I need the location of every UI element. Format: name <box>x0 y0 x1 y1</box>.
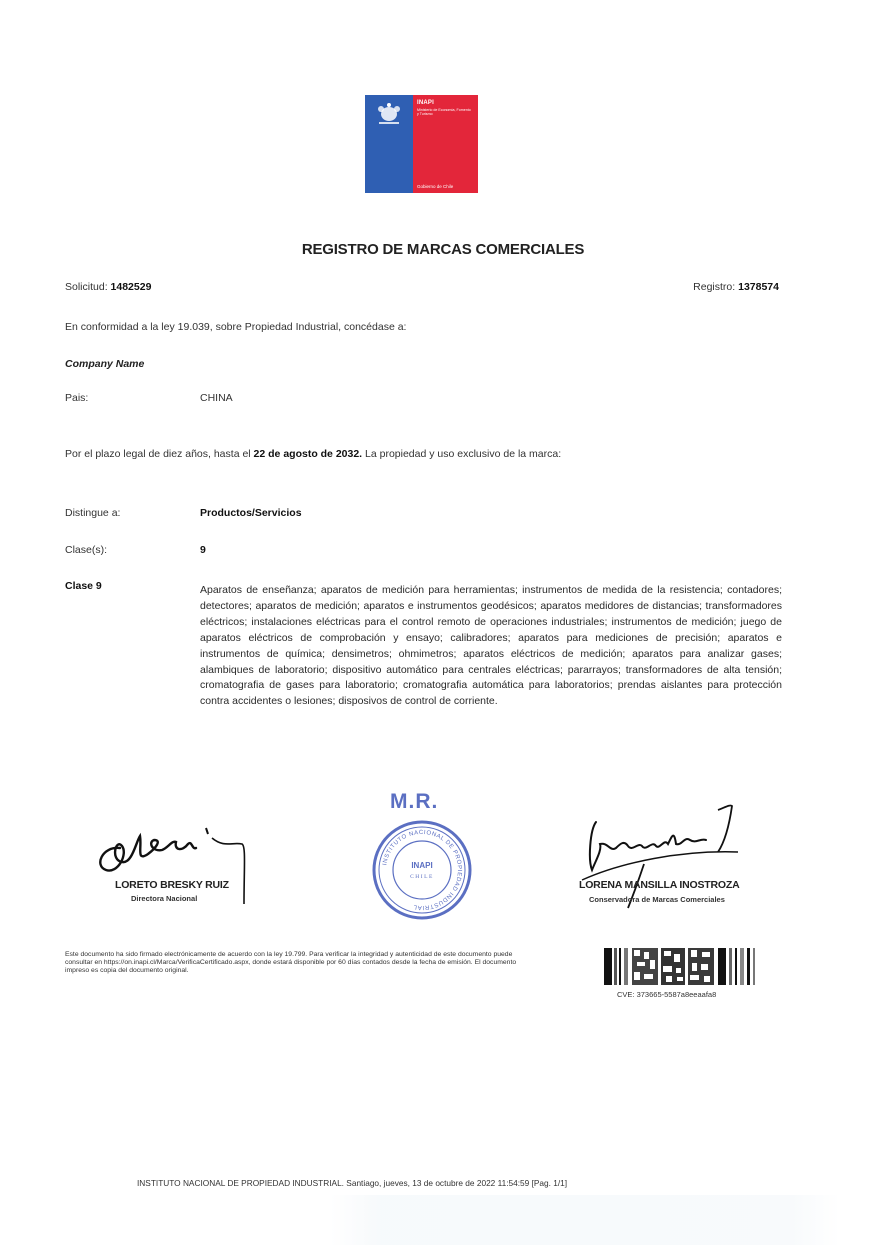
inapi-seal-icon: INSTITUTO NACIONAL DE PROPIEDAD INDUSTRI… <box>370 818 474 922</box>
logo-brand: INAPI <box>417 100 434 106</box>
signature-right-icon <box>572 800 752 910</box>
registered-mark: M.R. <box>390 790 438 814</box>
electronic-signature-notice: Este documento ha sido firmado electróni… <box>65 951 535 976</box>
document-title: REGISTRO DE MARCAS COMERCIALES <box>0 241 886 258</box>
svg-text:CHILE: CHILE <box>410 874 434 880</box>
distingue-label: Distingue a: <box>65 507 120 519</box>
distingue-value: Productos/Servicios <box>200 507 302 519</box>
logo-red-panel: INAPI Ministerio de Economía, Fomento y … <box>413 95 478 193</box>
registro-value: 1378574 <box>738 281 779 293</box>
logo-ministry: Ministerio de Economía, Fomento y Turism… <box>417 108 473 117</box>
solicitud-value: 1482529 <box>111 281 152 293</box>
logo-government: Gobierno de Chile <box>417 184 453 189</box>
class-detail-text: Aparatos de enseñanza; aparatos de medic… <box>200 583 782 710</box>
svg-text:INSTITUTO NACIONAL DE PROPIEDA: INSTITUTO NACIONAL DE PROPIEDAD INDUSTRI… <box>382 830 462 910</box>
verification-barcode-icon <box>604 948 756 985</box>
registro-label: Registro: <box>693 281 735 293</box>
svg-text:INAPI: INAPI <box>411 861 432 870</box>
scan-artifact <box>330 1195 840 1245</box>
pais-value: CHINA <box>200 392 233 404</box>
pais-label: Pais: <box>65 392 88 404</box>
signer-right-name: LORENA MANSILLA INOSTROZA <box>579 879 739 891</box>
signer-right-role: Conservadora de Marcas Comerciales <box>589 895 725 904</box>
term-suffix: La propiedad y uso exclusivo de la marca… <box>362 448 561 460</box>
class-detail-label: Clase 9 <box>65 580 102 592</box>
clases-value: 9 <box>200 544 206 556</box>
term-statement: Por el plazo legal de diez años, hasta e… <box>65 448 561 460</box>
company-name: Company Name <box>65 358 144 370</box>
registro-field: Registro: 1378574 <box>693 281 779 293</box>
solicitud-label: Solicitud: <box>65 281 108 293</box>
chile-coat-of-arms-icon <box>374 101 404 127</box>
clases-label: Clase(s): <box>65 544 107 556</box>
footer-issuer-timestamp: INSTITUTO NACIONAL DE PROPIEDAD INDUSTRI… <box>137 1178 567 1188</box>
inapi-logo: INAPI Ministerio de Economía, Fomento y … <box>365 95 478 193</box>
signer-left-role: Directora Nacional <box>131 894 197 903</box>
term-prefix: Por el plazo legal de diez años, hasta e… <box>65 448 254 460</box>
verification-code: CVE: 373665-5587a8eeaafa8 <box>617 990 716 999</box>
solicitud-field: Solicitud: 1482529 <box>65 281 151 293</box>
grant-intro: En conformidad a la ley 19.039, sobre Pr… <box>65 321 406 333</box>
signer-left-name: LORETO BRESKY RUIZ <box>115 879 229 891</box>
expiry-date: 22 de agosto de 2032. <box>254 448 363 460</box>
logo-blue-panel <box>365 95 413 193</box>
